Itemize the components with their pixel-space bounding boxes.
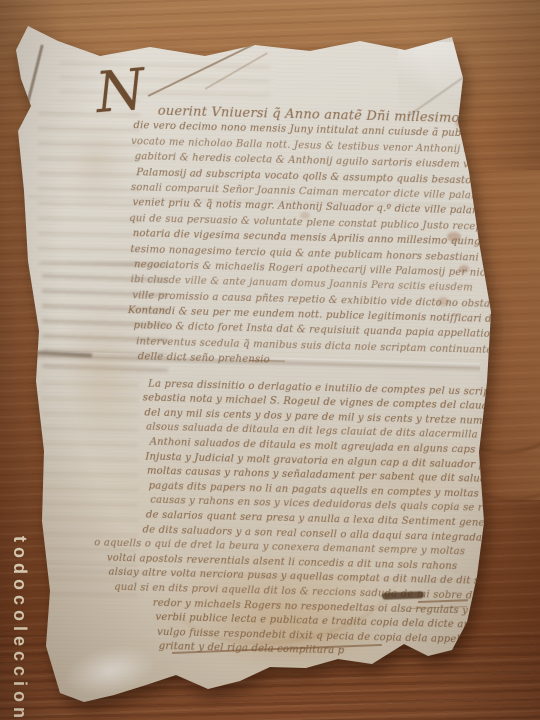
- edge-crack: [25, 45, 43, 108]
- paragraph-1: ouerint Vniuersi q̃ Anno anatẽ Dñi mille…: [124, 103, 482, 373]
- ink-blot: [382, 591, 424, 599]
- ink-bleedthrough: [60, 58, 270, 98]
- paper-shadow: N ouerint Vniuersi q̃ Anno anatẽ Dñi mil…: [0, 0, 540, 720]
- manuscript-text: ouerint Vniuersi q̃ Anno anatẽ Dñi mille…: [117, 103, 482, 662]
- manuscript-paper: N ouerint Vniuersi q̃ Anno anatẽ Dñi mil…: [0, 0, 540, 720]
- watermark-text: todocoleccion: [4, 536, 30, 720]
- paragraph-2: La presa dissinitio o derlagatio e inuti…: [117, 377, 476, 663]
- wood-table: N ouerint Vniuersi q̃ Anno anatẽ Dñi mil…: [0, 0, 540, 720]
